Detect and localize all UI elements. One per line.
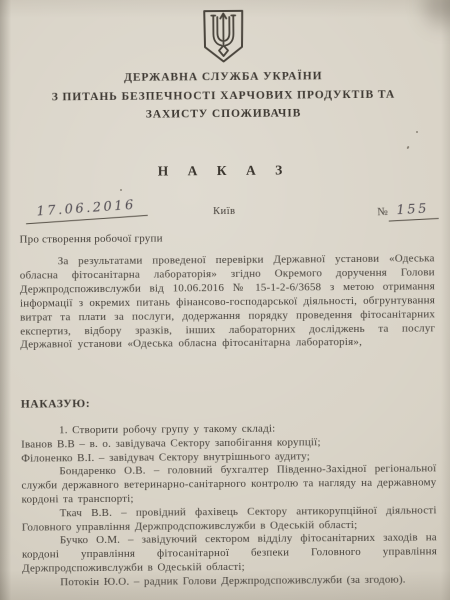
- resolution-body: 1. Створити робочу групу у такому складі…: [21, 421, 437, 590]
- member-line-buchko: Бучко О.М. – завідуючий сектором відділу…: [22, 532, 437, 577]
- order-preamble: За результатами проведеної перевірки Дер…: [20, 252, 436, 353]
- paper-speck: [120, 189, 122, 191]
- member-line-potokin: Потокін Ю.О. – радник Голови Держпродспо…: [22, 573, 437, 590]
- agency-name-line2: З ПИТАНЬ БЕЗПЕЧНОСТІ ХАРЧОВИХ ПРОДУКТІВ …: [8, 85, 438, 107]
- ukraine-trident-icon: [201, 9, 246, 64]
- member-line-tkach: Ткач В.В. – провідний фахівець Сектору а…: [22, 504, 437, 535]
- number-sign: №: [376, 206, 387, 219]
- document-photo: ДЕРЖАВНА СЛУЖБА УКРАЇНИ З ПИТАНЬ БЕЗПЕЧН…: [0, 0, 450, 600]
- order-meta-row: 17.06.2016 Київ №155: [0, 196, 449, 226]
- order-number: №155: [376, 201, 437, 222]
- order-document: ДЕРЖАВНА СЛУЖБА УКРАЇНИ З ПИТАНЬ БЕЗПЕЧН…: [0, 0, 450, 600]
- paper-speck: [416, 131, 418, 133]
- order-title: Н А К А З: [0, 161, 449, 181]
- agency-header: ДЕРЖАВНА СЛУЖБА УКРАЇНИ З ПИТАНЬ БЕЗПЕЧН…: [8, 66, 438, 125]
- member-line-bondarenko: Бондаренко О.В. – головний бухгалтер Пів…: [21, 463, 436, 508]
- resolution-heading: НАКАЗУЮ:: [21, 398, 91, 411]
- agency-name-line3: ЗАХИСТУ СПОЖИВАЧІВ: [8, 103, 438, 125]
- order-subject: Про створення робочої групи: [19, 232, 162, 245]
- order-number-handwritten: 155: [387, 201, 438, 222]
